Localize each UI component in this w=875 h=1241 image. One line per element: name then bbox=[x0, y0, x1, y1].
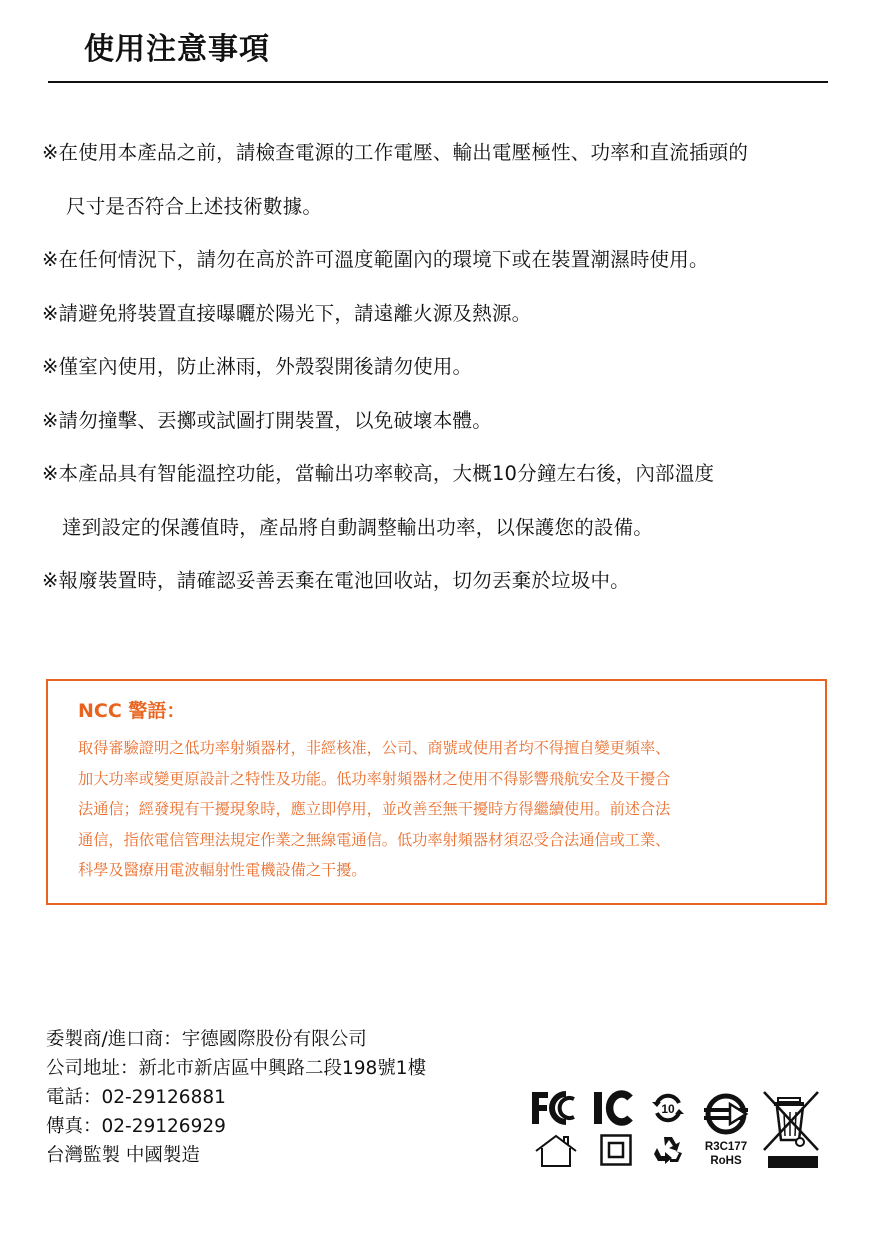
ncc-warning-line: 加大功率或變更原設計之特性及功能。低功率射頻器材之使用不得影響飛航安全及干擾合 bbox=[78, 764, 808, 795]
fcc-logo-icon bbox=[530, 1090, 580, 1126]
reference-mark: ※ bbox=[42, 447, 59, 501]
note-item: ※在任何情況下，請勿在高於許可溫度範圍內的環境下或在裝置潮濕時使用。 bbox=[42, 233, 842, 287]
origin-statement: 台灣監製 中國製造 bbox=[46, 1141, 426, 1170]
reference-mark: ※ bbox=[42, 287, 59, 341]
title-divider bbox=[48, 81, 828, 83]
reference-mark: ※ bbox=[42, 394, 59, 448]
company-address: 公司地址：新北市新店區中興路二段198號1樓 bbox=[46, 1054, 426, 1083]
fax-number: 傳真：02-29126929 bbox=[46, 1112, 426, 1141]
page-title: 使用注意事項 bbox=[84, 28, 270, 72]
company-contact-info: 委製商/進口商：宇德國際股份有限公司 公司地址：新北市新店區中興路二段198號1… bbox=[46, 1025, 426, 1170]
note-text: 請勿撞擊、丟擲或試圖打開裝置，以免破壞本體。 bbox=[59, 409, 492, 432]
svg-text:10: 10 bbox=[661, 1102, 675, 1116]
usage-notes-list: ※在使用本產品之前，請檢查電源的工作電壓、輸出電壓極性、功率和直流插頭的 尺寸是… bbox=[42, 126, 842, 608]
reference-mark: ※ bbox=[42, 340, 59, 394]
reference-mark: ※ bbox=[42, 126, 59, 180]
note-text-continued: 達到設定的保護值時，產品將自動調整輸出功率，以保護您的設備。 bbox=[42, 501, 842, 555]
note-text: 報廢裝置時，請確認妥善丟棄在電池回收站，切勿丟棄於垃圾中。 bbox=[59, 569, 630, 592]
note-item: ※在使用本產品之前，請檢查電源的工作電壓、輸出電壓極性、功率和直流插頭的 尺寸是… bbox=[42, 126, 842, 233]
note-text: 僅室內使用，防止淋雨，外殼裂開後請勿使用。 bbox=[59, 355, 473, 378]
epup-10-icon: 10 bbox=[651, 1092, 685, 1124]
ic-logo-icon bbox=[592, 1090, 634, 1126]
svg-text:R3C177: R3C177 bbox=[705, 1141, 747, 1153]
ncc-warning-body: 取得審驗證明之低功率射頻器材，非經核准，公司、商號或使用者均不得擅自變更頻率、 … bbox=[78, 733, 808, 886]
note-item: ※請避免將裝置直接曝曬於陽光下，請遠離火源及熱源。 bbox=[42, 287, 842, 341]
note-item: ※本產品具有智能溫控功能，當輸出功率較高，大概10分鐘左右後，內部溫度 達到設定… bbox=[42, 447, 842, 554]
note-item: ※請勿撞擊、丟擲或試圖打開裝置，以免破壞本體。 bbox=[42, 394, 842, 448]
double-insulation-icon bbox=[600, 1134, 632, 1166]
ncc-warning-box: NCC 警語： 取得審驗證明之低功率射頻器材，非經核准，公司、商號或使用者均不得… bbox=[46, 679, 827, 905]
recycle-icon bbox=[652, 1134, 684, 1166]
reference-mark: ※ bbox=[42, 233, 59, 287]
note-text: 在任何情況下，請勿在高於許可溫度範圍內的環境下或在裝置潮濕時使用。 bbox=[59, 248, 709, 271]
ncc-warning-line: 取得審驗證明之低功率射頻器材，非經核准，公司、商號或使用者均不得擅自變更頻率、 bbox=[78, 733, 808, 764]
ncc-warning-line: 通信，指依電信管理法規定作業之無線電通信。低功率射頻器材須忍受合法通信或工業、 bbox=[78, 825, 808, 856]
note-text: 請避免將裝置直接曝曬於陽光下，請遠離火源及熱源。 bbox=[59, 302, 532, 325]
phone-number: 電話：02-29126881 bbox=[46, 1083, 426, 1112]
note-text: 在使用本產品之前，請檢查電源的工作電壓、輸出電壓極性、功率和直流插頭的 bbox=[59, 141, 749, 164]
svg-text:RoHS: RoHS bbox=[710, 1155, 742, 1167]
ncc-warning-line: 法通信；經發現有干擾現象時，應立即停用，並改善至無干擾時方得繼續使用。前述合法 bbox=[78, 794, 808, 825]
manufacturer-importer: 委製商/進口商：宇德國際股份有限公司 bbox=[46, 1025, 426, 1054]
note-item: ※報廢裝置時，請確認妥善丟棄在電池回收站，切勿丟棄於垃圾中。 bbox=[42, 554, 842, 608]
certification-marks: 10 R3C177 RoHS bbox=[530, 1088, 830, 1173]
indoor-use-house-icon bbox=[534, 1134, 578, 1168]
reference-mark: ※ bbox=[42, 554, 59, 608]
note-text-continued: 尺寸是否符合上述技術數據。 bbox=[42, 180, 842, 234]
ncc-warning-line: 科學及醫療用電波輻射性電機設備之干擾。 bbox=[78, 855, 808, 886]
note-text: 本產品具有智能溫控功能，當輸出功率較高，大概10分鐘左右後，內部溫度 bbox=[59, 462, 715, 485]
ncc-warning-title: NCC 警語： bbox=[78, 699, 185, 723]
note-item: ※僅室內使用，防止淋雨，外殼裂開後請勿使用。 bbox=[42, 340, 842, 394]
bsmi-icon: R3C177 RoHS bbox=[700, 1092, 752, 1172]
weee-crossed-bin-icon bbox=[762, 1090, 824, 1170]
